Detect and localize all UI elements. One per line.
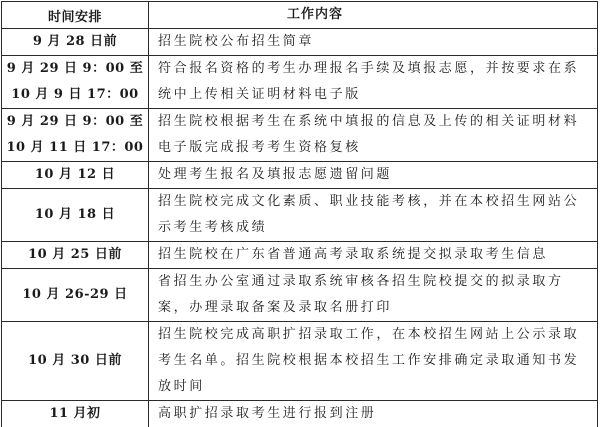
table-row: 10 月 30 日前 招生院校完成高职扩招录取工作，在本校招生网站上公示录取 考… (2, 322, 598, 401)
work-cell: 招生院校在广东省普通高考录取系统提交拟录取考生信息 (149, 242, 598, 269)
time-cell: 9 月 29 日 9：00 至 10 月 9 日 17：00 (2, 56, 149, 109)
work-text: 处理考生报名及填报志愿遗留问题 (158, 162, 591, 188)
work-text: 考生名单。招生院校根据本校招生工作安排确定录取通知书发 (158, 348, 591, 374)
table-row: 10 月 18 日 招生院校完成文化素质、职业技能考核，并在本校招生网站公 示考… (2, 189, 598, 242)
time-cell: 10 月 26-29 日 (2, 269, 149, 322)
work-text: 招生院校完成文化素质、职业技能考核，并在本校招生网站公 (158, 189, 591, 215)
work-cell: 符合报名资格的考生办理报名手续及填报志愿，并按要求在系 统中上传相关证明材料电子… (149, 56, 598, 109)
time-text: 10 月 18 日 (2, 202, 148, 228)
table-row: 10 月 12 日 处理考生报名及填报志愿遗留问题 (2, 162, 598, 189)
table-row: 10 月 25 日前 招生院校在广东省普通高考录取系统提交拟录取考生信息 (2, 242, 598, 269)
header-time: 时间安排 (2, 2, 149, 29)
work-cell: 省招生办公室通过录取系统审核各招生院校提交的拟录取方 案，办理录取备案及录取名册… (149, 269, 598, 322)
header-work: 工作内容 (149, 2, 598, 29)
work-text: 统中上传相关证明材料电子版 (158, 82, 591, 108)
time-cell: 10 月 30 日前 (2, 322, 149, 401)
time-text: 11 月初 (2, 401, 148, 427)
table-row: 9 月 29 日 9：00 至 10 月 9 日 17：00 符合报名资格的考生… (2, 56, 598, 109)
table-row: 9 月 28 日前 招生院校公布招生简章 (2, 29, 598, 56)
time-text: 9 月 29 日 9：00 至 (2, 109, 148, 135)
work-cell: 处理考生报名及填报志愿遗留问题 (149, 162, 598, 189)
time-text: 10 月 12 日 (2, 162, 148, 188)
time-text: 9 月 28 日前 (2, 29, 148, 55)
table-row: 10 月 26-29 日 省招生办公室通过录取系统审核各招生院校提交的拟录取方 … (2, 269, 598, 322)
work-cell: 招生院校公布招生简章 (149, 29, 598, 56)
time-cell: 11 月初 (2, 401, 149, 427)
work-text: 示考生考核成绩 (158, 215, 591, 241)
work-text: 招生院校根据考生在系统中填报的信息及上传的相关证明材料 (158, 109, 591, 135)
work-text: 高职扩招录取考生进行报到注册 (158, 401, 591, 427)
time-text: 10 月 9 日 17：00 (2, 82, 148, 108)
time-text: 10 月 11 日 17：00 (2, 135, 148, 161)
work-text: 电子版完成报考考生资格复核 (158, 135, 591, 161)
time-cell: 10 月 18 日 (2, 189, 149, 242)
table-row: 9 月 29 日 9：00 至 10 月 11 日 17：00 招生院校根据考生… (2, 109, 598, 162)
work-text: 招生院校完成高职扩招录取工作，在本校招生网站上公示录取 (158, 322, 591, 348)
time-text: 10 月 25 日前 (2, 242, 148, 268)
time-cell: 10 月 12 日 (2, 162, 149, 189)
schedule-table: 时间安排 工作内容 9 月 28 日前 招生院校公布招生简章 9 月 29 日 … (1, 1, 598, 427)
time-cell: 9 月 29 日 9：00 至 10 月 11 日 17：00 (2, 109, 149, 162)
work-cell: 招生院校根据考生在系统中填报的信息及上传的相关证明材料 电子版完成报考考生资格复… (149, 109, 598, 162)
header-row: 时间安排 工作内容 (2, 2, 598, 29)
work-text: 招生院校在广东省普通高考录取系统提交拟录取考生信息 (158, 242, 591, 268)
work-text: 案，办理录取备案及录取名册打印 (158, 295, 591, 321)
time-text: 9 月 29 日 9：00 至 (2, 56, 148, 82)
work-text: 符合报名资格的考生办理报名手续及填报志愿，并按要求在系 (158, 56, 591, 82)
time-cell: 10 月 25 日前 (2, 242, 149, 269)
time-text: 10 月 26-29 日 (2, 282, 148, 308)
work-cell: 招生院校完成文化素质、职业技能考核，并在本校招生网站公 示考生考核成绩 (149, 189, 598, 242)
work-text: 省招生办公室通过录取系统审核各招生院校提交的拟录取方 (158, 269, 591, 295)
work-cell: 招生院校完成高职扩招录取工作，在本校招生网站上公示录取 考生名单。招生院校根据本… (149, 322, 598, 401)
work-text: 招生院校公布招生简章 (158, 29, 591, 55)
work-cell: 高职扩招录取考生进行报到注册 (149, 401, 598, 427)
work-text: 放时间 (158, 374, 591, 400)
time-cell: 9 月 28 日前 (2, 29, 149, 56)
table-row: 11 月初 高职扩招录取考生进行报到注册 (2, 401, 598, 427)
time-text: 10 月 30 日前 (2, 348, 148, 374)
